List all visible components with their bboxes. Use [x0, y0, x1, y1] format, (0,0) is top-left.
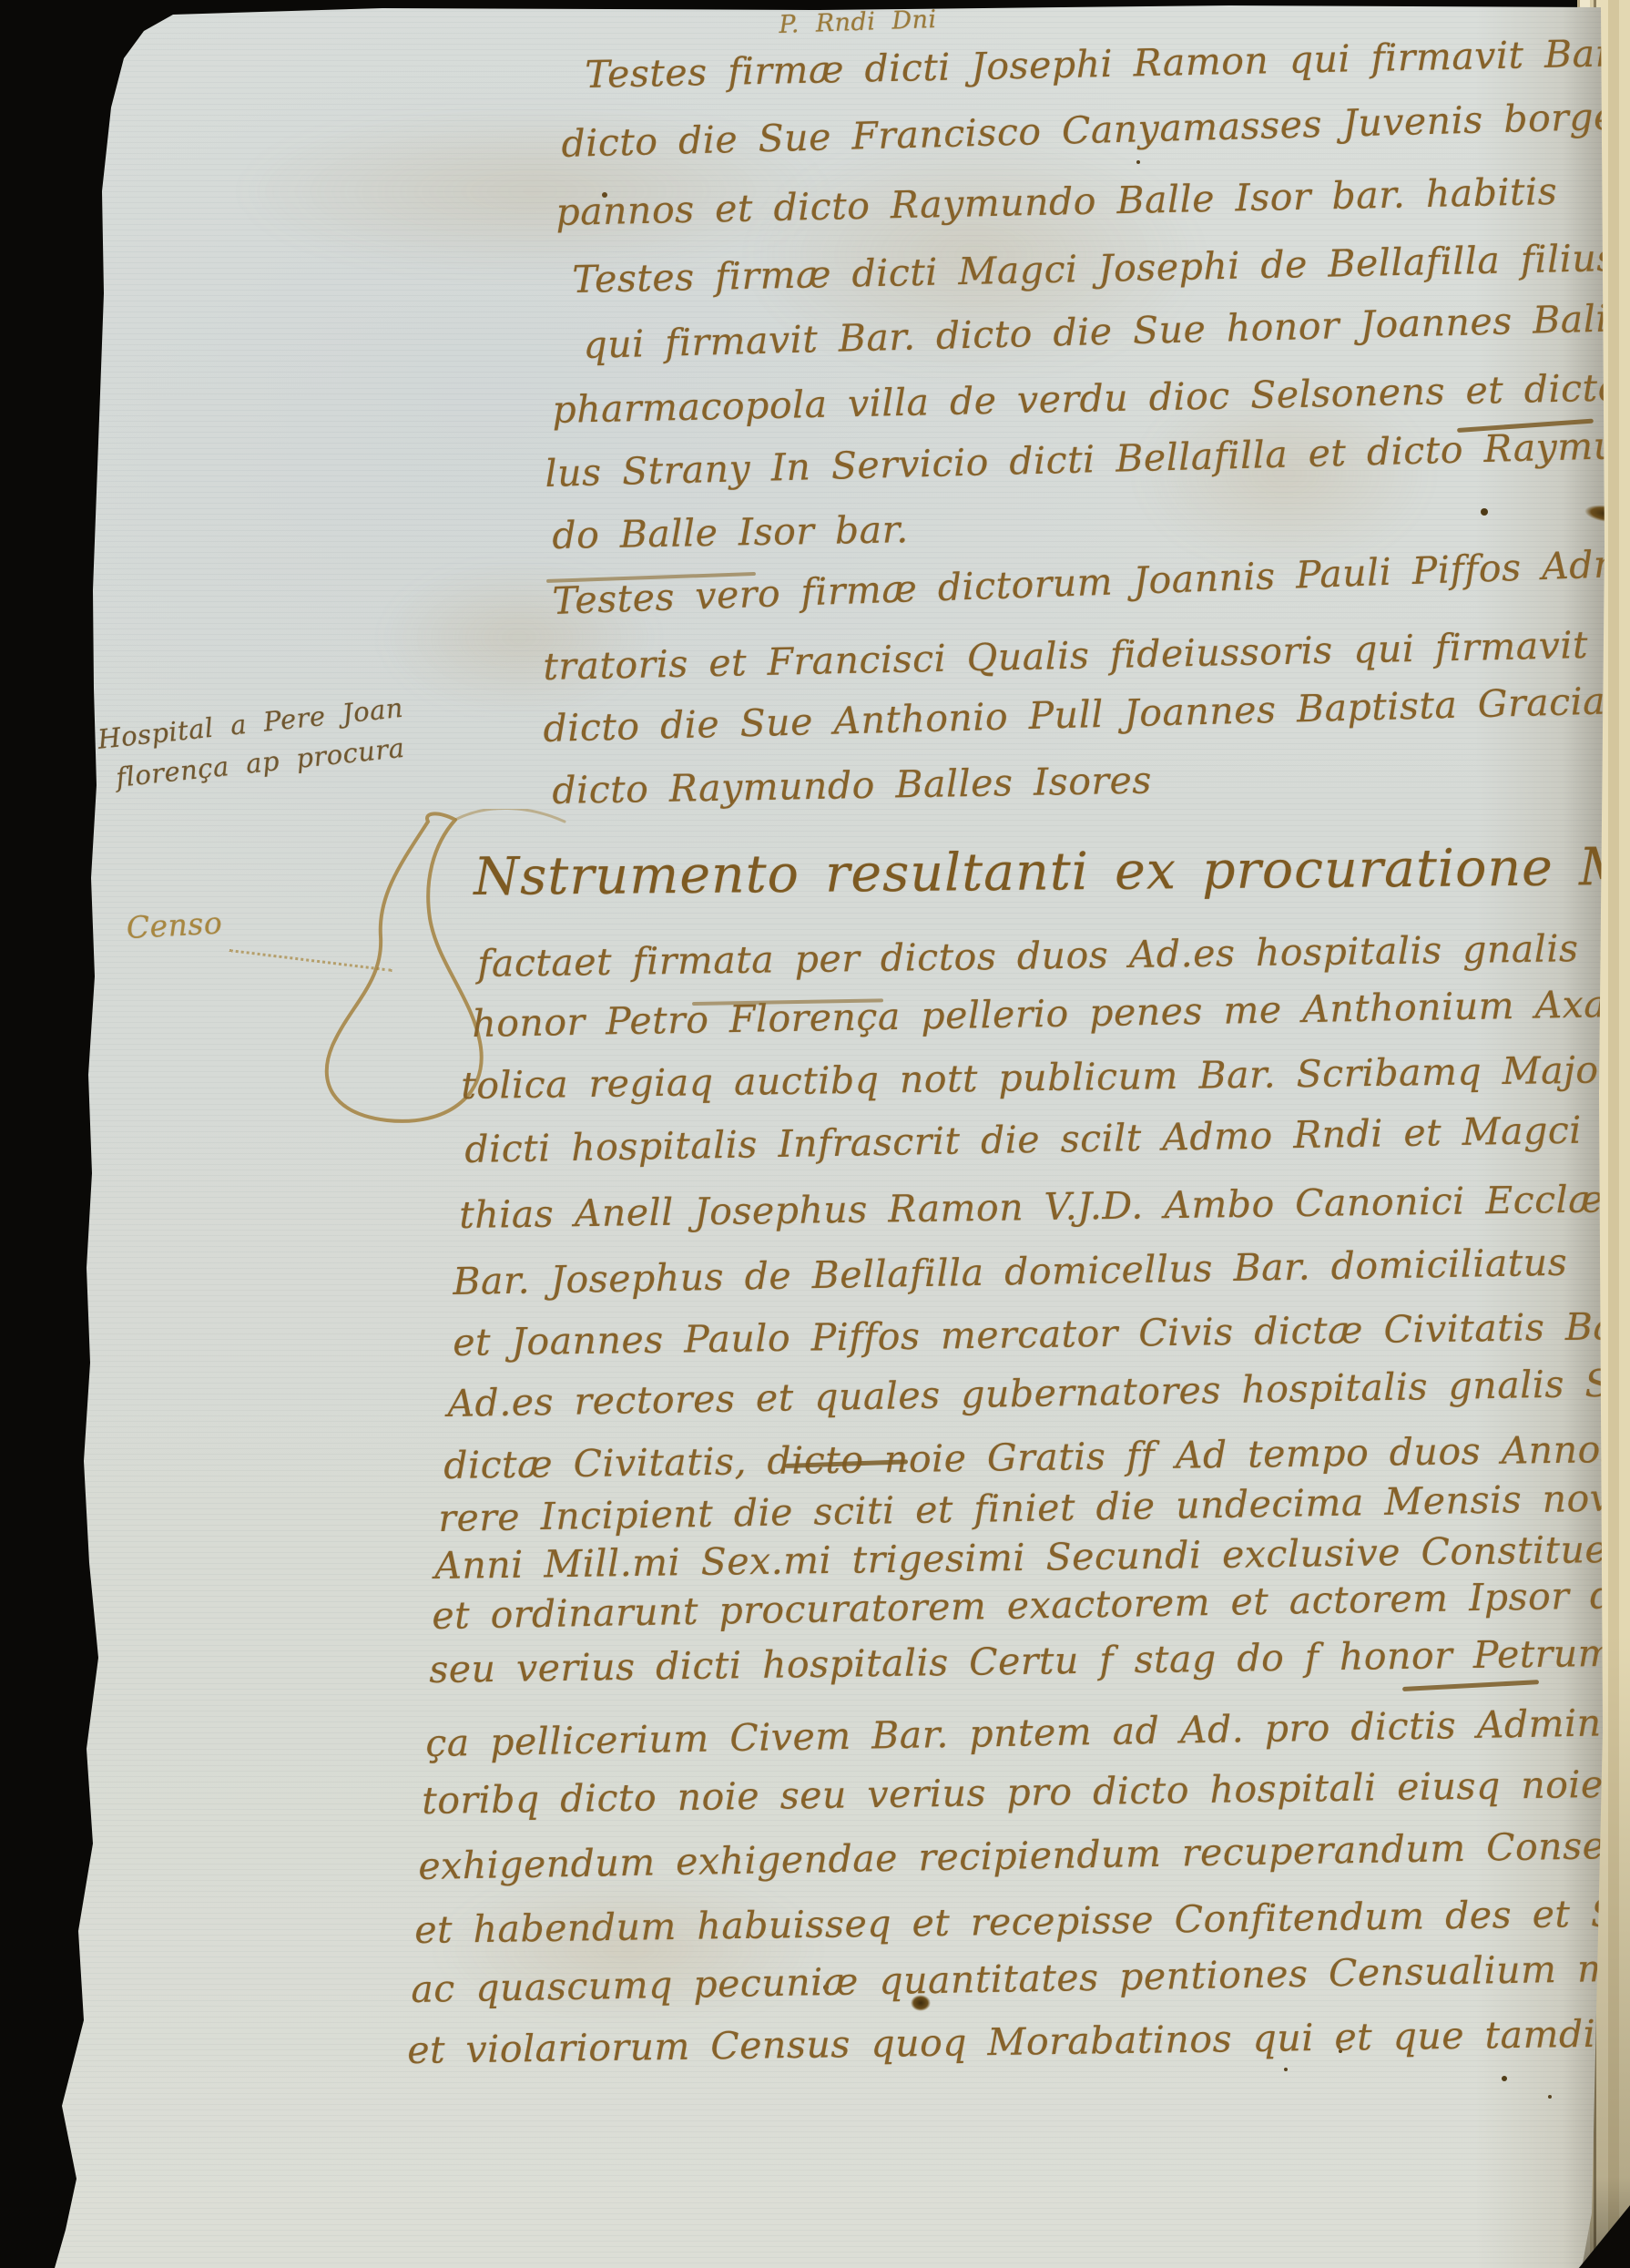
ink-specks — [1136, 160, 1140, 164]
manuscript-scan: P. Rndi Dni Testes firmæ dicti Josephi R… — [0, 0, 1630, 2268]
witness-line: dicto Raymundo Balles Isores — [552, 762, 1152, 810]
witness-line: do Balle Isor bar. — [552, 511, 909, 555]
interlinear-note: P. Rndi Dni — [779, 7, 937, 37]
ink-blot — [911, 1995, 931, 2011]
margin-label-censo: Censo — [126, 907, 223, 942]
body-opening-line: Nstrumento resultanti ex procuratione Mi… — [474, 841, 1630, 904]
paper-sheet: P. Rndi Dni Testes firmæ dicti Josephi R… — [0, 0, 1630, 2268]
